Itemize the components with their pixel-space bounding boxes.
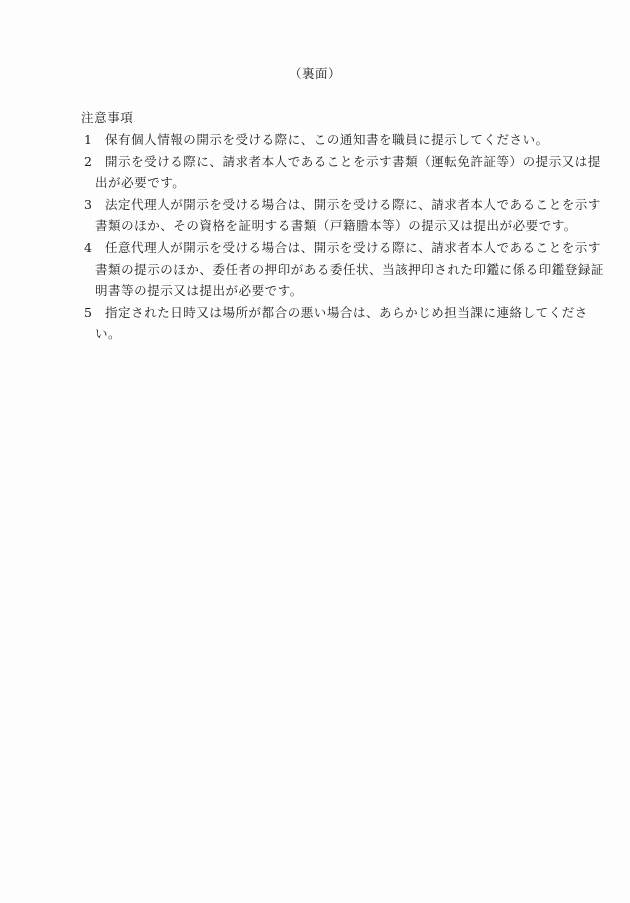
notes-list: 1 保有個人情報の開示を受ける際に、この通知書を職員に提示してください。 2 開… — [81, 129, 573, 345]
note-item-4: 4 任意代理人が開示を受ける場合は、開示を受ける際に、請求者本人であることを示す… — [81, 237, 573, 302]
note-line: 4 任意代理人が開示を受ける場合は、開示を受ける際に、請求者本人であることを示す — [81, 237, 573, 259]
note-item-3: 3 法定代理人が開示を受ける場合は、開示を受ける際に、請求者本人であることを示す… — [81, 194, 573, 237]
note-line: 3 法定代理人が開示を受ける場合は、開示を受ける際に、請求者本人であることを示す — [81, 194, 573, 216]
note-line: 2 開示を受ける際に、請求者本人であることを示す書類（運転免許証等）の提示又は提 — [81, 151, 573, 173]
note-text: 保有個人情報の開示を受ける際に、この通知書を職員に提示してください。 — [105, 132, 549, 147]
note-text: 指定された日時又は場所が都合の悪い場合は、あらかじめ担当課に連絡してくださ — [105, 305, 588, 320]
note-number: 1 — [84, 129, 93, 151]
note-line-continued: 書類のほか、その資格を証明する書類（戸籍謄本等）の提示又は提出が必要です。 — [81, 215, 573, 237]
note-line-continued: 明書等の提示又は提出が必要です。 — [81, 280, 573, 302]
note-text: 任意代理人が開示を受ける場合は、開示を受ける際に、請求者本人であることを示す — [105, 240, 601, 255]
note-line: 5 指定された日時又は場所が都合の悪い場合は、あらかじめ担当課に連絡してくださ — [81, 302, 573, 324]
note-line-continued: 出が必要です。 — [81, 172, 573, 194]
note-number: 4 — [84, 237, 93, 259]
note-text: 開示を受ける際に、請求者本人であることを示す書類（運転免許証等）の提示又は提 — [105, 154, 601, 169]
note-number: 5 — [84, 302, 93, 324]
notes-heading: 注意事項 — [81, 108, 133, 126]
note-line: 1 保有個人情報の開示を受ける際に、この通知書を職員に提示してください。 — [81, 129, 573, 151]
note-number: 3 — [84, 194, 93, 216]
note-line-continued: 書類の提示のほか、委任者の押印がある委任状、当該押印された印鑑に係る印鑑登録証 — [81, 259, 573, 281]
note-number: 2 — [84, 151, 93, 173]
note-text: 法定代理人が開示を受ける場合は、開示を受ける際に、請求者本人であることを示す — [105, 197, 601, 212]
page-side-label: （裏面） — [0, 64, 630, 82]
note-item-5: 5 指定された日時又は場所が都合の悪い場合は、あらかじめ担当課に連絡してくださ … — [81, 302, 573, 345]
note-item-1: 1 保有個人情報の開示を受ける際に、この通知書を職員に提示してください。 — [81, 129, 573, 151]
note-item-2: 2 開示を受ける際に、請求者本人であることを示す書類（運転免許証等）の提示又は提… — [81, 151, 573, 194]
note-line-continued: い。 — [81, 323, 573, 345]
document-page: （裏面） 注意事項 1 保有個人情報の開示を受ける際に、この通知書を職員に提示し… — [0, 0, 630, 903]
